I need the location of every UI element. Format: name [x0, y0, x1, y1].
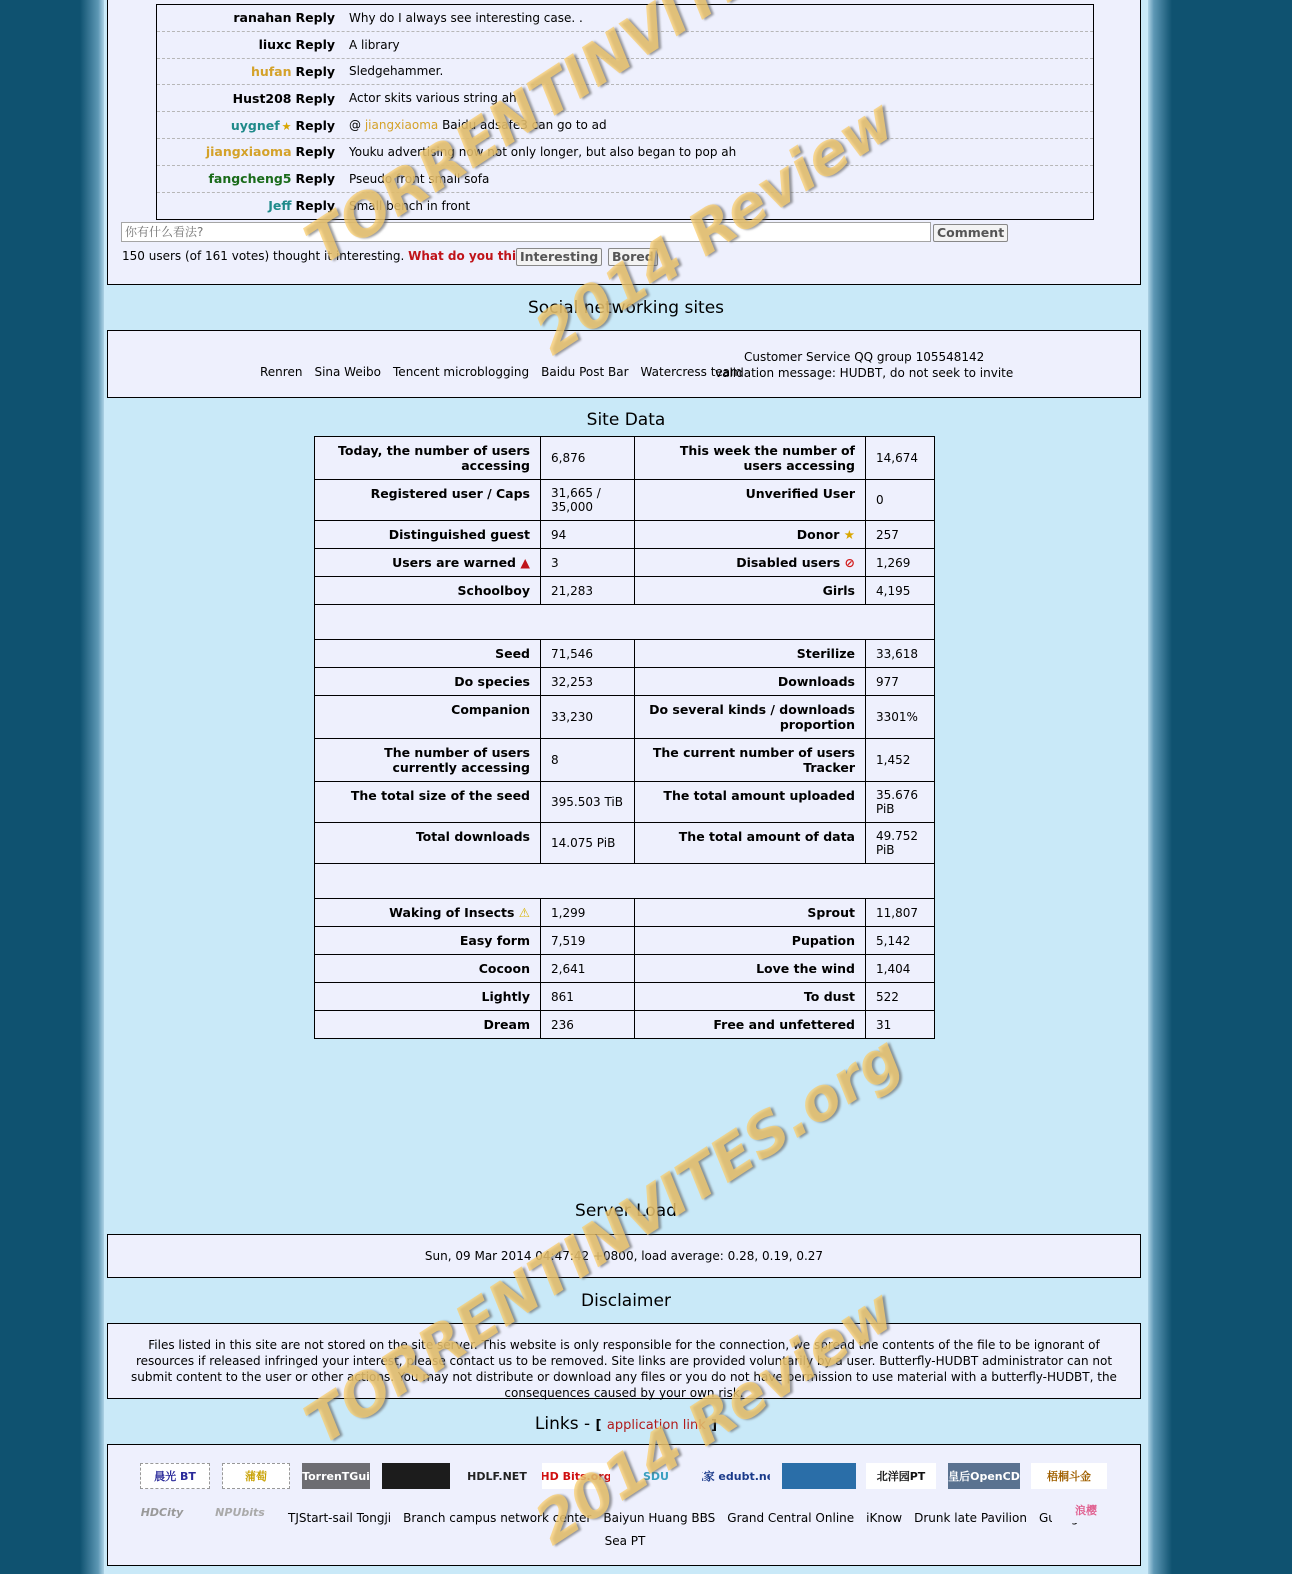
stat-value: 3	[541, 549, 635, 577]
table-row: Do species32,253Downloads977	[315, 668, 935, 696]
stat-label: Disabled users ⊘	[635, 549, 866, 577]
stat-label: The total size of the seed	[315, 782, 541, 823]
stat-label: The current number of users Tracker	[635, 739, 866, 782]
comment-body: Small bench in front	[349, 199, 470, 213]
links-heading: Links - [ application link ]	[104, 1414, 1148, 1434]
reply-link[interactable]: Reply	[296, 64, 335, 79]
partner-logo-link[interactable]: 蒲萄	[222, 1463, 290, 1489]
table-row: The total size of the seed395.503 TiBThe…	[315, 782, 935, 823]
stat-label: Free and unfettered	[635, 1011, 866, 1039]
comment-author: Hust208Reply	[157, 91, 349, 106]
comment-text: Actor skits various string ah	[349, 91, 517, 105]
stat-label: Registered user / Caps	[315, 480, 541, 521]
stat-label: Sterilize	[635, 640, 866, 668]
table-row: The number of users currently accessing8…	[315, 739, 935, 782]
comment-author: hufanReply	[157, 64, 349, 79]
comment-body: Youku advertising now not only longer, b…	[349, 145, 736, 159]
disclaimer-text: Files listed in this site are not stored…	[131, 1338, 1117, 1400]
stat-value: 0	[866, 480, 935, 521]
stat-label: Schoolboy	[315, 577, 541, 605]
comment-text: Pseudo front small sofa	[349, 172, 489, 186]
partner-logo-link[interactable]: HDCity	[128, 1499, 196, 1525]
table-spacer-row	[315, 605, 935, 640]
stat-label: Love the wind	[635, 955, 866, 983]
page-shadow-right	[1146, 0, 1172, 1574]
disabled-icon: ⊘	[845, 555, 855, 570]
stat-value: 31	[866, 1011, 935, 1039]
table-row: Lightly861To dust522	[315, 983, 935, 1011]
bored-button[interactable]: Bored	[608, 248, 658, 266]
disclaimer-panel: Files listed in this site are not stored…	[107, 1323, 1141, 1399]
partner-text-link[interactable]: Baiyun Huang BBS	[603, 1511, 715, 1525]
stat-label: The total amount of data	[635, 823, 866, 864]
comment-row: fangcheng5ReplyPseudo front small sofa	[157, 166, 1093, 193]
stat-value: 395.503 TiB	[541, 782, 635, 823]
social-link[interactable]: Renren	[260, 365, 302, 379]
stat-value: 94	[541, 521, 635, 549]
comment-username[interactable]: jiangxiaoma	[206, 144, 292, 159]
alert-icon: ⚠	[519, 905, 530, 920]
comment-text: Small bench in front	[349, 199, 470, 213]
comment-username[interactable]: hufan	[251, 64, 292, 79]
table-row: Cocoon2,641Love the wind1,404	[315, 955, 935, 983]
comment-list: ranahanReplyWhy do I always see interest…	[156, 4, 1094, 220]
table-row: Waking of Insects ⚠1,299Sprout11,807	[315, 899, 935, 927]
links-title: Links	[535, 1414, 579, 1434]
stat-label: Companion	[315, 696, 541, 739]
stat-value: 1,452	[866, 739, 935, 782]
stat-label: Unverified User	[635, 480, 866, 521]
stat-label: Seed	[315, 640, 541, 668]
partner-logo-link[interactable]: SDU	[622, 1463, 690, 1489]
bracket-open: [	[596, 1418, 602, 1433]
comment-username[interactable]: ranahan	[233, 10, 291, 25]
vote-summary: 150 users (of 161 votes) thought it inte…	[122, 249, 404, 263]
bracket-close: ]	[711, 1418, 717, 1433]
stat-value: 257	[866, 521, 935, 549]
stat-value: 14.075 PiB	[541, 823, 635, 864]
stat-value: 11,807	[866, 899, 935, 927]
table-row: Seed71,546Sterilize33,618	[315, 640, 935, 668]
stat-value: 33,618	[866, 640, 935, 668]
warning-icon: ▲	[520, 555, 530, 570]
partner-logo-link[interactable]: 皇后OpenCD	[948, 1463, 1020, 1489]
comment-author: uygnef★Reply	[157, 118, 349, 133]
comment-username[interactable]: uygnef	[231, 118, 280, 133]
stat-value: 8	[541, 739, 635, 782]
comment-body: Pseudo front small sofa	[349, 172, 489, 186]
stat-label: Lightly	[315, 983, 541, 1011]
stat-label: This week the number of users accessing	[635, 437, 866, 480]
table-row: Schoolboy21,283Girls4,195	[315, 577, 935, 605]
table-row: Today, the number of users accessing6,87…	[315, 437, 935, 480]
stat-value: 21,283	[541, 577, 635, 605]
comment-text: Baidu adsafe3 can go to ad	[442, 118, 607, 132]
partner-text-link[interactable]: Branch campus network center	[403, 1511, 591, 1525]
comment-body: Why do I always see interesting case. .	[349, 11, 583, 25]
site-data-table: Today, the number of users accessing6,87…	[314, 436, 935, 1039]
comment-author: fangcheng5Reply	[157, 171, 349, 186]
link-sea-pt[interactable]: Sea PT	[605, 1534, 646, 1548]
table-row: Users are warned ▲3Disabled users ⊘1,269	[315, 549, 935, 577]
stat-label: Dream	[315, 1011, 541, 1039]
stat-value: 861	[541, 983, 635, 1011]
comment-text: A library	[349, 38, 400, 52]
social-link[interactable]: Sina Weibo	[314, 365, 381, 379]
stat-value: 522	[866, 983, 935, 1011]
qq-group-line: Customer Service QQ group 105548142	[715, 349, 1013, 365]
stat-value: 977	[866, 668, 935, 696]
social-panel: RenrenSina WeiboTencent microbloggingBai…	[107, 330, 1141, 398]
stat-value: 31,665 / 35,000	[541, 480, 635, 521]
stat-value: 2,641	[541, 955, 635, 983]
stat-label: The total amount uploaded	[635, 782, 866, 823]
comment-input[interactable]	[121, 222, 931, 242]
server-load-panel: Sun, 09 Mar 2014 04:47:42 +0800, load av…	[107, 1234, 1141, 1278]
comment-body: Sledgehammer.	[349, 64, 443, 78]
at-sign: @	[349, 118, 361, 132]
stat-value: 3301%	[866, 696, 935, 739]
comment-row: Hust208ReplyActor skits various string a…	[157, 85, 1093, 112]
vote-line: 150 users (of 161 votes) thought it inte…	[122, 249, 540, 263]
site-data-heading: Site Data	[104, 410, 1148, 430]
stat-value: 1,299	[541, 899, 635, 927]
comment-submit-button[interactable]: Comment	[933, 224, 1008, 242]
stat-label: Do several kinds / downloads proportion	[635, 696, 866, 739]
comment-text: Why do I always see interesting case. .	[349, 11, 583, 25]
stat-label: Today, the number of users accessing	[315, 437, 541, 480]
table-spacer-row	[315, 864, 935, 899]
stat-value: 236	[541, 1011, 635, 1039]
page-shadow-left	[80, 0, 106, 1574]
disclaimer-heading: Disclaimer	[104, 1291, 1148, 1311]
partner-text-link[interactable]: Drunk late Pavilion	[914, 1511, 1027, 1525]
reply-link[interactable]: Reply	[296, 118, 335, 133]
partner-logo-link[interactable]: 晨光 BT	[140, 1463, 210, 1489]
stat-value: 7,519	[541, 927, 635, 955]
partner-logo-link[interactable]: 亿家 edubt.net	[702, 1463, 770, 1489]
star-icon: ★	[844, 527, 855, 542]
stat-label: Sprout	[635, 899, 866, 927]
stat-label: Easy form	[315, 927, 541, 955]
server-load-heading: Server Load	[104, 1201, 1148, 1221]
comment-username[interactable]: liuxc	[259, 37, 292, 52]
server-load-text: Sun, 09 Mar 2014 04:47:42 +0800, load av…	[425, 1249, 823, 1263]
comment-author: jiangxiaomaReply	[157, 144, 349, 159]
qq-validation-line: validation message: HUDBT, do not seek t…	[715, 365, 1013, 381]
comment-author: JeffReply	[157, 198, 349, 213]
social-links: RenrenSina WeiboTencent microbloggingBai…	[260, 365, 754, 379]
stat-label: Do species	[315, 668, 541, 696]
stat-label: Waking of Insects ⚠	[315, 899, 541, 927]
reply-link[interactable]: Reply	[296, 144, 335, 159]
partner-text-link[interactable]: Grand Central Online	[727, 1511, 854, 1525]
stat-label: Girls	[635, 577, 866, 605]
comment-author: liuxcReply	[157, 37, 349, 52]
partner-logo-link[interactable]	[382, 1463, 450, 1489]
stat-value: 14,674	[866, 437, 935, 480]
reply-link[interactable]: Reply	[296, 10, 335, 25]
partner-logo-link[interactable]: 梧桐斗金	[1031, 1463, 1107, 1489]
comment-row: uygnef★Reply@ jiangxiaoma Baidu adsafe3 …	[157, 112, 1093, 139]
stat-value: 6,876	[541, 437, 635, 480]
reply-link[interactable]: Reply	[296, 171, 335, 186]
stat-value: 71,546	[541, 640, 635, 668]
stat-label: Cocoon	[315, 955, 541, 983]
stat-value: 33,230	[541, 696, 635, 739]
comment-row: hufanReplySledgehammer.	[157, 59, 1093, 86]
stat-label: Downloads	[635, 668, 866, 696]
partner-logo-link[interactable]: NPUbits	[206, 1499, 274, 1525]
stat-label: To dust	[635, 983, 866, 1011]
mention-link[interactable]: jiangxiaoma	[365, 118, 438, 132]
main-content: ranahanReplyWhy do I always see interest…	[104, 0, 1148, 1574]
partner-logo-link[interactable]: 浪樱	[1052, 1497, 1120, 1523]
comment-body: @ jiangxiaoma Baidu adsafe3 can go to ad	[349, 118, 607, 132]
reply-link[interactable]: Reply	[296, 91, 335, 106]
stat-value: 4,195	[866, 577, 935, 605]
stat-value: 35.676 PiB	[866, 782, 935, 823]
comment-body: A library	[349, 38, 400, 52]
stat-value: 5,142	[866, 927, 935, 955]
table-row: Companion33,230Do several kinds / downlo…	[315, 696, 935, 739]
stat-label: Pupation	[635, 927, 866, 955]
text-links: TJStart-sail TongjiBranch campus network…	[288, 1511, 1131, 1525]
social-heading: Social networking sites	[104, 298, 1148, 318]
links-separator: -	[584, 1414, 590, 1434]
qq-group-info: Customer Service QQ group 105548142 vali…	[715, 349, 1013, 381]
reply-link[interactable]: Reply	[296, 198, 335, 213]
table-row: Registered user / Caps31,665 / 35,000Unv…	[315, 480, 935, 521]
stat-label: Distinguished guest	[315, 521, 541, 549]
donor-star-icon: ★	[282, 120, 292, 133]
links-panel: TJStart-sail TongjiBranch campus network…	[107, 1444, 1141, 1566]
reply-link[interactable]: Reply	[296, 37, 335, 52]
stat-value: 1,404	[866, 955, 935, 983]
stat-label: Total downloads	[315, 823, 541, 864]
stat-label: Donor ★	[635, 521, 866, 549]
comment-text: Youku advertising now not only longer, b…	[349, 145, 736, 159]
comment-username[interactable]: fangcheng5	[208, 171, 291, 186]
comment-body: Actor skits various string ah	[349, 91, 517, 105]
comment-row: ranahanReplyWhy do I always see interest…	[157, 5, 1093, 32]
stat-value: 1,269	[866, 549, 935, 577]
comment-username[interactable]: Jeff	[268, 198, 291, 213]
interesting-button[interactable]: Interesting	[516, 248, 602, 266]
stat-label: Users are warned ▲	[315, 549, 541, 577]
stat-label: The number of users currently accessing	[315, 739, 541, 782]
partner-logo-link[interactable]: HDLF.NET	[463, 1463, 531, 1489]
comment-row: jiangxiaomaReplyYouku advertising now no…	[157, 139, 1093, 166]
comment-username[interactable]: Hust208	[233, 91, 292, 106]
comment-author: ranahanReply	[157, 10, 349, 25]
comments-panel: ranahanReplyWhy do I always see interest…	[107, 0, 1141, 285]
partner-logo-link[interactable]: HD Bits.org	[542, 1463, 610, 1489]
comment-row: liuxcReplyA library	[157, 32, 1093, 59]
table-row: Distinguished guest94Donor ★257	[315, 521, 935, 549]
application-link[interactable]: application link	[607, 1418, 706, 1433]
comment-row: JeffReplySmall bench in front	[157, 193, 1093, 220]
partner-logo-link[interactable]	[782, 1463, 856, 1489]
social-link[interactable]: Baidu Post Bar	[541, 365, 628, 379]
partner-text-link[interactable]: TJStart-sail Tongji	[288, 1511, 391, 1525]
partner-text-link[interactable]: iKnow	[866, 1511, 902, 1525]
social-link[interactable]: Tencent microblogging	[393, 365, 529, 379]
table-row: Total downloads14.075 PiBThe total amoun…	[315, 823, 935, 864]
table-row: Easy form7,519Pupation5,142	[315, 927, 935, 955]
partner-logo-link[interactable]: TorrenTGui	[302, 1463, 370, 1489]
comment-text: Sledgehammer.	[349, 64, 443, 78]
stat-value: 49.752 PiB	[866, 823, 935, 864]
partner-logo-link[interactable]: 北洋园PT	[866, 1463, 936, 1489]
table-row: Dream236Free and unfettered31	[315, 1011, 935, 1039]
stat-value: 32,253	[541, 668, 635, 696]
